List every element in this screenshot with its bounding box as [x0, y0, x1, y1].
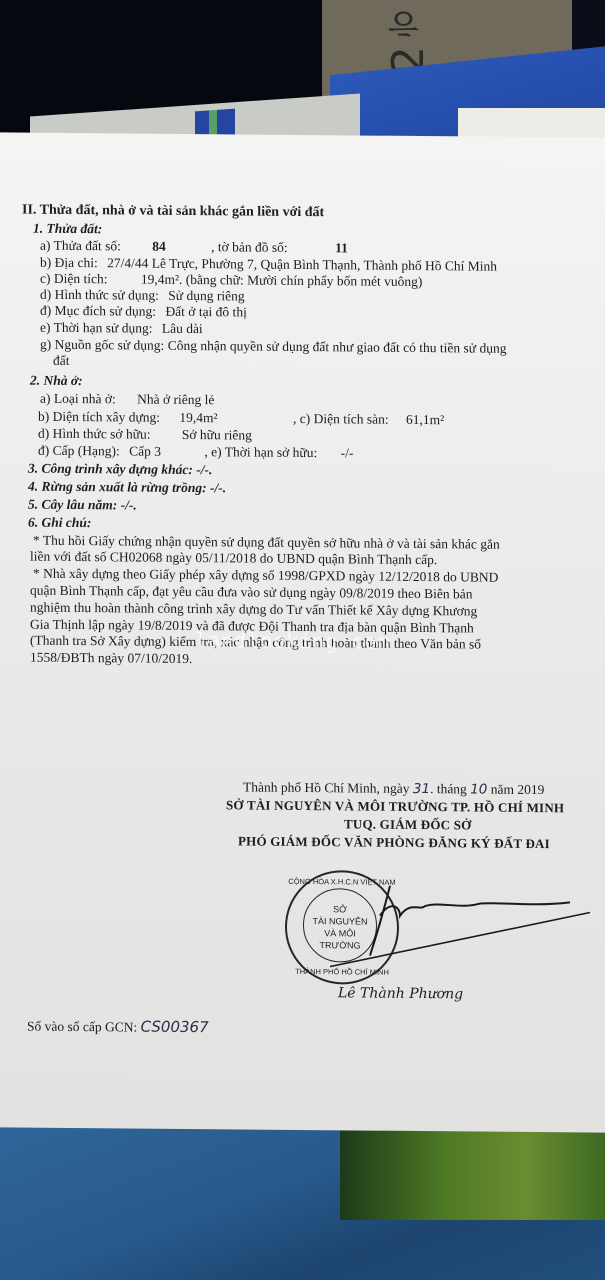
house-grade-row: đ) Cấp (Hạng): Cấp 3 , e) Thời hạn sở hữ…: [38, 443, 353, 462]
place-date: Thành phố Hồ Chí Minh, ngày 31. tháng 10…: [243, 779, 544, 798]
watermark: landlooking.com: [195, 632, 391, 650]
signer-title: PHÓ GIÁM ĐỐC VĂN PHÒNG ĐĂNG KÝ ĐẤT ĐAI: [238, 833, 550, 852]
certificate-page: II. Thửa đất, nhà ở và tài sản khác gắn …: [0, 132, 605, 1132]
land-purpose-row: đ) Mục đích sử dụng: Đất ở tại đô thị: [40, 303, 247, 321]
land-heading: 1. Thửa đất:: [33, 221, 102, 238]
map-sheet-number: 11: [335, 240, 348, 255]
registry-row: Số vào sổ cấp GCN: CS00367: [27, 1018, 209, 1037]
section-title: II. Thửa đất, nhà ở và tài sản khác gắn …: [22, 203, 324, 222]
land-origin-cont: đất: [53, 353, 70, 369]
production-forest: 4. Rừng sản xuất là rừng trồng: -/-.: [28, 479, 226, 497]
signer-name: Lê Thành Phương: [338, 985, 463, 1002]
sign-day: 31: [413, 781, 430, 797]
signature: [330, 860, 600, 982]
house-heading: 2. Nhà ở:: [30, 373, 83, 389]
sign-month: 10: [470, 781, 487, 797]
notes-heading: 6. Ghi chú:: [28, 515, 91, 532]
land-term-row: e) Thời hạn sử dụng: Lâu dài: [40, 320, 203, 337]
house-type-row: a) Loại nhà ở: Nhà ở riêng lẻ: [40, 391, 214, 409]
perennial-trees: 5. Cây lâu năm: -/-.: [28, 497, 137, 514]
land-parcel-row: a) Thửa đất số: 84 , tờ bản đồ số: 11: [40, 238, 348, 257]
floor-area: 61,1m²: [406, 412, 444, 427]
box-print: 2ㅎ: [377, 2, 441, 74]
build-area: 19,4m²: [179, 410, 217, 425]
house-ownership-row: d) Hình thức sở hữu: Sở hữu riêng: [38, 426, 252, 444]
on-behalf-of: TUQ. GIÁM ĐỐC SỞ: [344, 816, 471, 833]
land-use-form-row: d) Hình thức sử dụng: Sử dụng riêng: [40, 287, 245, 305]
sign-year: 2019: [517, 782, 544, 797]
land-area: 19,4m². (bằng chữ: Mười chín phẩy bốn mé…: [141, 272, 423, 289]
other-works: 3. Công trình xây dựng khác: -/-.: [28, 461, 212, 479]
registry-number: CS00367: [141, 1018, 209, 1037]
parcel-number: 84: [152, 239, 166, 254]
land-origin-row: g) Nguồn gốc sử dụng: Công nhận quyền sử…: [40, 337, 506, 357]
note-line: 1558/ĐBTh ngày 07/10/2019.: [30, 650, 192, 667]
issuing-org: SỞ TÀI NGUYÊN VÀ MÔI TRƯỜNG TP. HỒ CHÍ M…: [226, 797, 564, 816]
background-green-cloth: [340, 1130, 605, 1220]
